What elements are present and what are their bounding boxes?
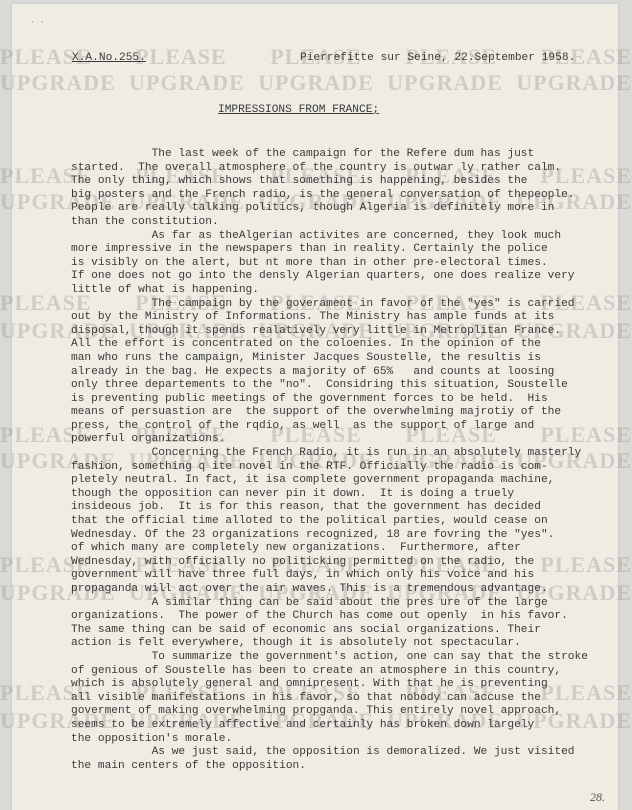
body-line: propaganda will act over the air waves. … xyxy=(71,583,588,597)
body-line: out by the Ministry of Informations. The… xyxy=(71,311,588,325)
body-line: The campaign by the goverament in favor … xyxy=(71,298,588,312)
body-line: seems to be extremely affective and cert… xyxy=(71,719,588,733)
body-line: though the opposition can never pin it d… xyxy=(71,488,588,502)
body-line: the main centers of the opposition. xyxy=(71,760,588,774)
body-line: Concerning the French Radio, it is run i… xyxy=(71,447,588,461)
body-line: insideous job. It is for this reason, th… xyxy=(71,501,588,515)
body-line: People are really talking politics, thou… xyxy=(71,202,588,216)
body-line: The same thing can be said of economic a… xyxy=(71,624,588,638)
body-line: little of what is happening. xyxy=(71,284,588,298)
document-body: The last week of the campaign for the Re… xyxy=(71,148,588,773)
body-line: pletely neutral. In fact, it isa complet… xyxy=(71,474,588,488)
body-line: means of persuastion are the support of … xyxy=(71,406,588,420)
body-line: If one does not go into the densly Alger… xyxy=(71,270,588,284)
paper-speck: · · xyxy=(30,18,44,27)
body-line: As far as theAlgerian activites are conc… xyxy=(71,230,588,244)
document-title: IMPRESSIONS FROM FRANCE; xyxy=(218,104,379,118)
body-line: than the constitution. xyxy=(71,216,588,230)
body-line: government will have three full days, in… xyxy=(71,569,588,583)
page-number: 28. xyxy=(590,790,605,805)
body-line: goverment of making overwhelming propgan… xyxy=(71,705,588,719)
body-line: organizations. The power of the Church h… xyxy=(71,610,588,624)
body-line: only three departements to the "no". Con… xyxy=(71,379,588,393)
body-line: big posters and the French radio, is the… xyxy=(71,189,588,203)
body-line: Wednesday, with officially no politickin… xyxy=(71,556,588,570)
body-line: of genious of Soustelle has been to crea… xyxy=(71,665,588,679)
body-line: powerful organizations. xyxy=(71,433,588,447)
body-line: the opposition's morale. xyxy=(71,733,588,747)
body-line: As we just said, the opposition is demor… xyxy=(71,746,588,760)
body-line: that the official time alloted to the po… xyxy=(71,515,588,529)
body-line: press, the control of the rqdio, as well… xyxy=(71,420,588,434)
body-line: Wednesday. Of the 23 organizations recog… xyxy=(71,529,588,543)
body-line: The last week of the campaign for the Re… xyxy=(71,148,588,162)
body-line: action is felt everywhere, though it is … xyxy=(71,637,588,651)
body-line: is visibly on the alert, but nt more tha… xyxy=(71,257,588,271)
place-and-date: Pierrefitte sur Seine, 22.September 1958… xyxy=(300,52,575,66)
body-line: started. The overall atmosphere of the c… xyxy=(71,162,588,176)
body-line: A similar thing can be said about the pr… xyxy=(71,597,588,611)
body-line: of which many are completely new organiz… xyxy=(71,542,588,556)
body-line: All the effort is concentrated on the co… xyxy=(71,338,588,352)
body-line: fashion, something q ite novel in the RT… xyxy=(71,461,588,475)
body-line: all visible manifestations in his favor,… xyxy=(71,692,588,706)
body-line: already in the bag. He expects a majorit… xyxy=(71,366,588,380)
body-line: To summarize the government's action, on… xyxy=(71,651,588,665)
body-line: more impressive in the newspapers than i… xyxy=(71,243,588,257)
document-reference: X.A.No.255. xyxy=(72,52,146,66)
body-line: is preventing public meetings of the gov… xyxy=(71,393,588,407)
body-line: The only thing, which shows that somethi… xyxy=(71,175,588,189)
body-line: which is absolutely general and omnipres… xyxy=(71,678,588,692)
body-line: man who runs the campaign, Minister Jacq… xyxy=(71,352,588,366)
body-line: disposal, though it spends realatively v… xyxy=(71,325,588,339)
